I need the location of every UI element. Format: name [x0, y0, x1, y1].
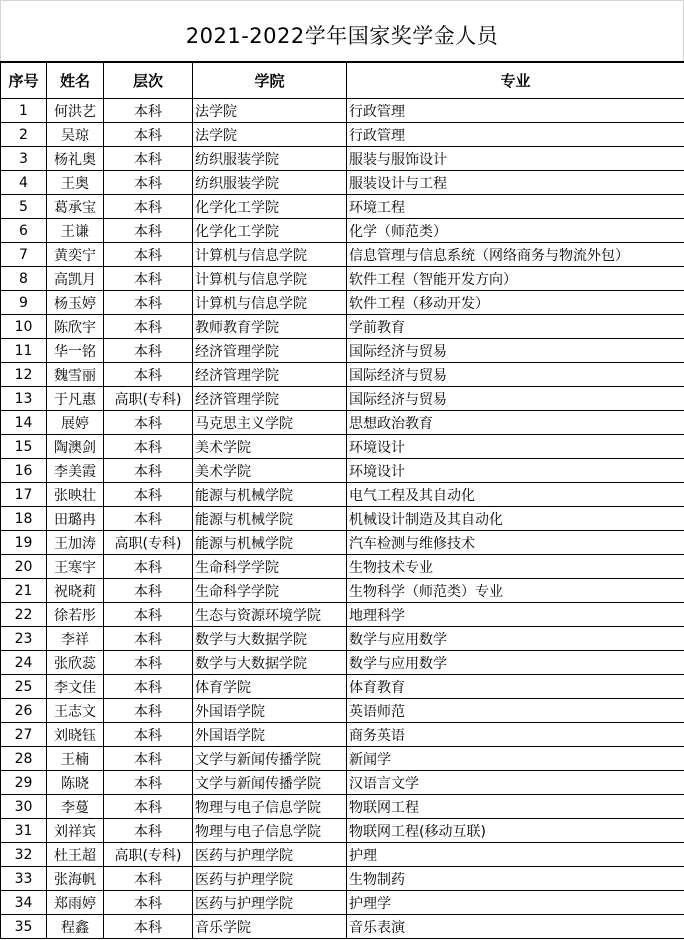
- cell-level[interactable]: 本科: [104, 291, 193, 315]
- cell-major[interactable]: 行政管理: [347, 99, 684, 123]
- cell-no[interactable]: 3: [1, 147, 47, 171]
- cell-college[interactable]: 数学与大数据学院: [193, 651, 347, 675]
- cell-name[interactable]: 高凯月: [47, 267, 104, 291]
- cell-level[interactable]: 高职(专科): [104, 387, 193, 411]
- cell-major[interactable]: 信息管理与信息系统（网络商务与物流外包）: [347, 243, 684, 267]
- cell-major[interactable]: 物联网工程(移动互联): [347, 819, 684, 843]
- table-row: 29陈晓本科文学与新闻传播学院汉语言文学: [1, 771, 684, 795]
- table-row: 5葛承宝本科化学化工学院环境工程: [1, 195, 684, 219]
- cell-level[interactable]: 本科: [104, 579, 193, 603]
- cell-name[interactable]: 郑雨婷: [47, 891, 104, 915]
- cell-name[interactable]: 张欣蕊: [47, 651, 104, 675]
- cell-level[interactable]: 本科: [104, 651, 193, 675]
- cell-no[interactable]: 7: [1, 243, 47, 267]
- cell-no[interactable]: 8: [1, 267, 47, 291]
- cell-no[interactable]: 19: [1, 531, 47, 555]
- cell-college[interactable]: 纺织服装学院: [193, 147, 347, 171]
- table-row: 12魏雪丽本科经济管理学院国际经济与贸易: [1, 363, 684, 387]
- cell-major[interactable]: 数学与应用数学: [347, 627, 684, 651]
- cell-no[interactable]: 23: [1, 627, 47, 651]
- cell-level[interactable]: 本科: [104, 171, 193, 195]
- cell-no[interactable]: 6: [1, 219, 47, 243]
- cell-level[interactable]: 本科: [104, 435, 193, 459]
- cell-level[interactable]: 高职(专科): [104, 531, 193, 555]
- cell-name[interactable]: 王楠: [47, 747, 104, 771]
- table-row: 23李祥本科数学与大数据学院数学与应用数学: [1, 627, 684, 651]
- cell-no[interactable]: 1: [1, 99, 47, 123]
- cell-college[interactable]: 化学化工学院: [193, 195, 347, 219]
- cell-major[interactable]: 汽车检测与维修技术: [347, 531, 684, 555]
- cell-level[interactable]: 本科: [104, 891, 193, 915]
- cell-college[interactable]: 美术学院: [193, 459, 347, 483]
- cell-name[interactable]: 黄奕宁: [47, 243, 104, 267]
- cell-level[interactable]: 本科: [104, 675, 193, 699]
- cell-level[interactable]: 本科: [104, 723, 193, 747]
- cell-college[interactable]: 美术学院: [193, 435, 347, 459]
- table-body: 1何洪艺本科法学院行政管理2吴琼本科法学院行政管理3杨礼奥本科纺织服装学院服装与…: [1, 99, 684, 939]
- table-row: 26王志文本科外国语学院英语师范: [1, 699, 684, 723]
- cell-no[interactable]: 2: [1, 123, 47, 147]
- cell-name[interactable]: 魏雪丽: [47, 363, 104, 387]
- cell-name[interactable]: 张映壮: [47, 483, 104, 507]
- cell-level[interactable]: 本科: [104, 507, 193, 531]
- table-row: 25李文佳本科体育学院体育教育: [1, 675, 684, 699]
- cell-major[interactable]: 音乐表演: [347, 915, 684, 939]
- cell-level[interactable]: 本科: [104, 147, 193, 171]
- table-row: 35程鑫本科音乐学院音乐表演: [1, 915, 684, 939]
- table-row: 34郑雨婷本科医药与护理学院护理学: [1, 891, 684, 915]
- cell-major[interactable]: 软件工程（移动开发）: [347, 291, 684, 315]
- table-row: 21祝晓莉本科生命科学学院生物科学（师范类）专业: [1, 579, 684, 603]
- header-row: 序号 姓名 层次 学院 专业: [1, 62, 684, 99]
- cell-name[interactable]: 杨礼奥: [47, 147, 104, 171]
- cell-no[interactable]: 31: [1, 819, 47, 843]
- cell-name[interactable]: 程鑫: [47, 915, 104, 939]
- cell-major[interactable]: 护理学: [347, 891, 684, 915]
- cell-major[interactable]: 国际经济与贸易: [347, 339, 684, 363]
- cell-name[interactable]: 展婷: [47, 411, 104, 435]
- table-row: 13于凡惠高职(专科)经济管理学院国际经济与贸易: [1, 387, 684, 411]
- cell-college[interactable]: 数学与大数据学院: [193, 627, 347, 651]
- cell-no[interactable]: 4: [1, 171, 47, 195]
- cell-major[interactable]: 环境工程: [347, 195, 684, 219]
- table-row: 10陈欣宇本科教师教育学院学前教育: [1, 315, 684, 339]
- cell-level[interactable]: 高职(专科): [104, 843, 193, 867]
- cell-college[interactable]: 物理与电子信息学院: [193, 795, 347, 819]
- cell-major[interactable]: 生物制药: [347, 867, 684, 891]
- cell-major[interactable]: 地理科学: [347, 603, 684, 627]
- cell-no[interactable]: 5: [1, 195, 47, 219]
- spreadsheet: 2021-2022学年国家奖学金人员 序号 姓名 层次 学院 专业 1何洪艺本科…: [0, 0, 684, 940]
- cell-college[interactable]: 物理与电子信息学院: [193, 819, 347, 843]
- cell-no[interactable]: 33: [1, 867, 47, 891]
- table-row: 31刘祥宾本科物理与电子信息学院物联网工程(移动互联): [1, 819, 684, 843]
- cell-name[interactable]: 李祥: [47, 627, 104, 651]
- cell-no[interactable]: 27: [1, 723, 47, 747]
- table-row: 3杨礼奥本科纺织服装学院服装与服饰设计: [1, 147, 684, 171]
- table-row: 18田璐冉本科能源与机械学院机械设计制造及其自动化: [1, 507, 684, 531]
- table-row: 28王楠本科文学与新闻传播学院新闻学: [1, 747, 684, 771]
- cell-name[interactable]: 王志文: [47, 699, 104, 723]
- cell-name[interactable]: 杜王超: [47, 843, 104, 867]
- cell-college[interactable]: 能源与机械学院: [193, 531, 347, 555]
- table-row: 19王加涛高职(专科)能源与机械学院汽车检测与维修技术: [1, 531, 684, 555]
- cell-level[interactable]: 本科: [104, 123, 193, 147]
- cell-name[interactable]: 王加涛: [47, 531, 104, 555]
- cell-level[interactable]: 本科: [104, 867, 193, 891]
- cell-college[interactable]: 生命科学学院: [193, 555, 347, 579]
- cell-college[interactable]: 生命科学学院: [193, 579, 347, 603]
- cell-major[interactable]: 行政管理: [347, 123, 684, 147]
- cell-level[interactable]: 本科: [104, 603, 193, 627]
- cell-no[interactable]: 24: [1, 651, 47, 675]
- cell-college[interactable]: 纺织服装学院: [193, 171, 347, 195]
- cell-college[interactable]: 能源与机械学院: [193, 507, 347, 531]
- cell-college[interactable]: 音乐学院: [193, 915, 347, 939]
- cell-name[interactable]: 王谦: [47, 219, 104, 243]
- cell-no[interactable]: 18: [1, 507, 47, 531]
- cell-major[interactable]: 英语师范: [347, 699, 684, 723]
- cell-major[interactable]: 生物科学（师范类）专业: [347, 579, 684, 603]
- cell-level[interactable]: 本科: [104, 339, 193, 363]
- table-row: 30李蔓本科物理与电子信息学院物联网工程: [1, 795, 684, 819]
- cell-no[interactable]: 25: [1, 675, 47, 699]
- cell-name[interactable]: 陈欣宇: [47, 315, 104, 339]
- cell-name[interactable]: 刘晓钰: [47, 723, 104, 747]
- header-name[interactable]: 姓名: [47, 62, 104, 99]
- cell-no[interactable]: 22: [1, 603, 47, 627]
- cell-level[interactable]: 本科: [104, 483, 193, 507]
- cell-major[interactable]: 服装与服饰设计: [347, 147, 684, 171]
- header-major[interactable]: 专业: [347, 62, 684, 99]
- cell-name[interactable]: 于凡惠: [47, 387, 104, 411]
- cell-no[interactable]: 10: [1, 315, 47, 339]
- cell-major[interactable]: 商务英语: [347, 723, 684, 747]
- table-row: 9杨玉婷本科计算机与信息学院软件工程（移动开发）: [1, 291, 684, 315]
- cell-no[interactable]: 28: [1, 747, 47, 771]
- cell-level[interactable]: 本科: [104, 99, 193, 123]
- cell-level[interactable]: 本科: [104, 411, 193, 435]
- cell-college[interactable]: 马克思主义学院: [193, 411, 347, 435]
- cell-major[interactable]: 化学（师范类）: [347, 219, 684, 243]
- cell-level[interactable]: 本科: [104, 363, 193, 387]
- cell-name[interactable]: 张海帆: [47, 867, 104, 891]
- cell-no[interactable]: 17: [1, 483, 47, 507]
- cell-name[interactable]: 田璐冉: [47, 507, 104, 531]
- cell-college[interactable]: 计算机与信息学院: [193, 243, 347, 267]
- cell-level[interactable]: 本科: [104, 795, 193, 819]
- cell-level[interactable]: 本科: [104, 699, 193, 723]
- cell-no[interactable]: 26: [1, 699, 47, 723]
- cell-college[interactable]: 经济管理学院: [193, 339, 347, 363]
- title-cell[interactable]: 2021-2022学年国家奖学金人员: [0, 0, 684, 62]
- cell-college[interactable]: 外国语学院: [193, 723, 347, 747]
- cell-level[interactable]: 本科: [104, 915, 193, 939]
- cell-major[interactable]: 电气工程及其自动化: [347, 483, 684, 507]
- cell-level[interactable]: 本科: [104, 771, 193, 795]
- cell-major[interactable]: 服装设计与工程: [347, 171, 684, 195]
- table-row: 20王寒宇本科生命科学学院生物技术专业: [1, 555, 684, 579]
- cell-no[interactable]: 16: [1, 459, 47, 483]
- cell-major[interactable]: 学前教育: [347, 315, 684, 339]
- cell-college[interactable]: 计算机与信息学院: [193, 291, 347, 315]
- cell-name[interactable]: 华一铭: [47, 339, 104, 363]
- cell-college[interactable]: 医药与护理学院: [193, 867, 347, 891]
- cell-name[interactable]: 李蔓: [47, 795, 104, 819]
- cell-major[interactable]: 数学与应用数学: [347, 651, 684, 675]
- cell-college[interactable]: 生态与资源环境学院: [193, 603, 347, 627]
- cell-major[interactable]: 物联网工程: [347, 795, 684, 819]
- cell-no[interactable]: 12: [1, 363, 47, 387]
- table-row: 2吴琼本科法学院行政管理: [1, 123, 684, 147]
- cell-no[interactable]: 11: [1, 339, 47, 363]
- cell-major[interactable]: 生物技术专业: [347, 555, 684, 579]
- cell-name[interactable]: 祝晓莉: [47, 579, 104, 603]
- cell-level[interactable]: 本科: [104, 747, 193, 771]
- cell-no[interactable]: 20: [1, 555, 47, 579]
- cell-no[interactable]: 32: [1, 843, 47, 867]
- cell-level[interactable]: 本科: [104, 219, 193, 243]
- table-row: 15陶澳剑本科美术学院环境设计: [1, 435, 684, 459]
- cell-college[interactable]: 医药与护理学院: [193, 891, 347, 915]
- cell-name[interactable]: 何洪艺: [47, 99, 104, 123]
- cell-name[interactable]: 王奥: [47, 171, 104, 195]
- cell-name[interactable]: 李文佳: [47, 675, 104, 699]
- cell-major[interactable]: 机械设计制造及其自动化: [347, 507, 684, 531]
- scholarship-table: 序号 姓名 层次 学院 专业 1何洪艺本科法学院行政管理2吴琼本科法学院行政管理…: [0, 61, 684, 939]
- cell-name[interactable]: 李美霞: [47, 459, 104, 483]
- table-row: 32杜王超高职(专科)医药与护理学院护理: [1, 843, 684, 867]
- table-row: 33张海帆本科医药与护理学院生物制药: [1, 867, 684, 891]
- cell-college[interactable]: 法学院: [193, 123, 347, 147]
- cell-level[interactable]: 本科: [104, 819, 193, 843]
- cell-college[interactable]: 经济管理学院: [193, 363, 347, 387]
- cell-no[interactable]: 21: [1, 579, 47, 603]
- header-college[interactable]: 学院: [193, 62, 347, 99]
- cell-name[interactable]: 杨玉婷: [47, 291, 104, 315]
- cell-no[interactable]: 34: [1, 891, 47, 915]
- cell-no[interactable]: 29: [1, 771, 47, 795]
- cell-name[interactable]: 徐若彤: [47, 603, 104, 627]
- cell-major[interactable]: 环境设计: [347, 435, 684, 459]
- table-row: 6王谦本科化学化工学院化学（师范类）: [1, 219, 684, 243]
- cell-major[interactable]: 国际经济与贸易: [347, 387, 684, 411]
- cell-name[interactable]: 刘祥宾: [47, 819, 104, 843]
- cell-college[interactable]: 计算机与信息学院: [193, 267, 347, 291]
- cell-level[interactable]: 本科: [104, 315, 193, 339]
- table-row: 27刘晓钰本科外国语学院商务英语: [1, 723, 684, 747]
- cell-major[interactable]: 汉语言文学: [347, 771, 684, 795]
- cell-college[interactable]: 法学院: [193, 99, 347, 123]
- table-row: 7黄奕宁本科计算机与信息学院信息管理与信息系统（网络商务与物流外包）: [1, 243, 684, 267]
- cell-major[interactable]: 软件工程（智能开发方向）: [347, 267, 684, 291]
- cell-level[interactable]: 本科: [104, 459, 193, 483]
- header-no[interactable]: 序号: [1, 62, 47, 99]
- table-row: 8高凯月本科计算机与信息学院软件工程（智能开发方向）: [1, 267, 684, 291]
- cell-major[interactable]: 体育教育: [347, 675, 684, 699]
- cell-level[interactable]: 本科: [104, 627, 193, 651]
- cell-college[interactable]: 能源与机械学院: [193, 483, 347, 507]
- cell-no[interactable]: 9: [1, 291, 47, 315]
- cell-level[interactable]: 本科: [104, 555, 193, 579]
- cell-college[interactable]: 化学化工学院: [193, 219, 347, 243]
- table-row: 14展婷本科马克思主义学院思想政治教育: [1, 411, 684, 435]
- cell-major[interactable]: 国际经济与贸易: [347, 363, 684, 387]
- cell-name[interactable]: 葛承宝: [47, 195, 104, 219]
- cell-college[interactable]: 文学与新闻传播学院: [193, 747, 347, 771]
- table-row: 11华一铭本科经济管理学院国际经济与贸易: [1, 339, 684, 363]
- table-row: 16李美霞本科美术学院环境设计: [1, 459, 684, 483]
- header-level[interactable]: 层次: [104, 62, 193, 99]
- cell-level[interactable]: 本科: [104, 267, 193, 291]
- cell-name[interactable]: 陈晓: [47, 771, 104, 795]
- cell-level[interactable]: 本科: [104, 243, 193, 267]
- table-row: 4王奥本科纺织服装学院服装设计与工程: [1, 171, 684, 195]
- cell-name[interactable]: 陶澳剑: [47, 435, 104, 459]
- cell-college[interactable]: 医药与护理学院: [193, 843, 347, 867]
- cell-no[interactable]: 15: [1, 435, 47, 459]
- cell-major[interactable]: 护理: [347, 843, 684, 867]
- table-row: 24张欣蕊本科数学与大数据学院数学与应用数学: [1, 651, 684, 675]
- cell-no[interactable]: 14: [1, 411, 47, 435]
- cell-college[interactable]: 外国语学院: [193, 699, 347, 723]
- table-row: 22徐若彤本科生态与资源环境学院地理科学: [1, 603, 684, 627]
- cell-level[interactable]: 本科: [104, 195, 193, 219]
- cell-college[interactable]: 文学与新闻传播学院: [193, 771, 347, 795]
- cell-name[interactable]: 王寒宇: [47, 555, 104, 579]
- cell-no[interactable]: 13: [1, 387, 47, 411]
- cell-college[interactable]: 教师教育学院: [193, 315, 347, 339]
- sheet-title: 2021-2022学年国家奖学金人员: [186, 20, 498, 50]
- table-row: 1何洪艺本科法学院行政管理: [1, 99, 684, 123]
- cell-major[interactable]: 环境设计: [347, 459, 684, 483]
- cell-major[interactable]: 新闻学: [347, 747, 684, 771]
- cell-no[interactable]: 30: [1, 795, 47, 819]
- cell-no[interactable]: 35: [1, 915, 47, 939]
- cell-major[interactable]: 思想政治教育: [347, 411, 684, 435]
- cell-college[interactable]: 经济管理学院: [193, 387, 347, 411]
- cell-college[interactable]: 体育学院: [193, 675, 347, 699]
- table-row: 17张映壮本科能源与机械学院电气工程及其自动化: [1, 483, 684, 507]
- cell-name[interactable]: 吴琼: [47, 123, 104, 147]
